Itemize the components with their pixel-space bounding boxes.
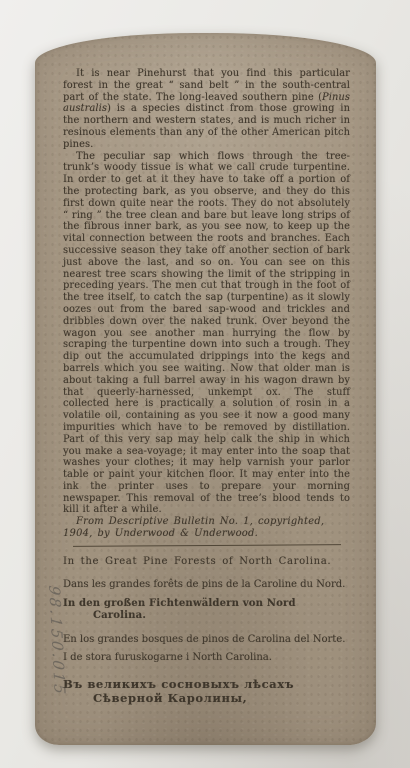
photo-background: 98.150.015 It is near Pinehurst that you… — [0, 0, 410, 768]
caption-swedish: I de stora furuskogarne i North Carolina… — [63, 652, 350, 665]
caption-russian: Въ великихъ сосновыхъ лѣсахъ Сѣверной Ка… — [63, 677, 350, 705]
paragraph-turpentine: The peculiar sap which flows through the… — [63, 151, 350, 517]
caption-german: In den großen Fichtenwäldern von Nord Ca… — [63, 598, 350, 623]
citation-line: From Descriptive Bulletin No. 1, copyrig… — [63, 516, 350, 540]
card-content: It is near Pinehurst that you find this … — [35, 33, 376, 745]
stereograph-card-back: 98.150.015 It is near Pinehurst that you… — [35, 33, 376, 745]
caption-english: In the Great Pine Forests of North Carol… — [63, 556, 350, 569]
caption-list: In the Great Pine Forests of North Carol… — [63, 556, 350, 705]
description-text-block: It is near Pinehurst that you find this … — [63, 68, 350, 540]
caption-french: Dans les grandes forêts de pins de la Ca… — [63, 579, 350, 592]
divider-rule — [73, 544, 341, 547]
paragraph-pinehurst-text-cont: ) is a species distinct from those growi… — [63, 103, 350, 149]
paragraph-pinehurst-text: It is near Pinehurst that you find this … — [63, 68, 350, 103]
paragraph-pinehurst: It is near Pinehurst that you find this … — [63, 68, 350, 151]
caption-spanish: En los grandes bosques de pinos de Carol… — [63, 634, 350, 647]
